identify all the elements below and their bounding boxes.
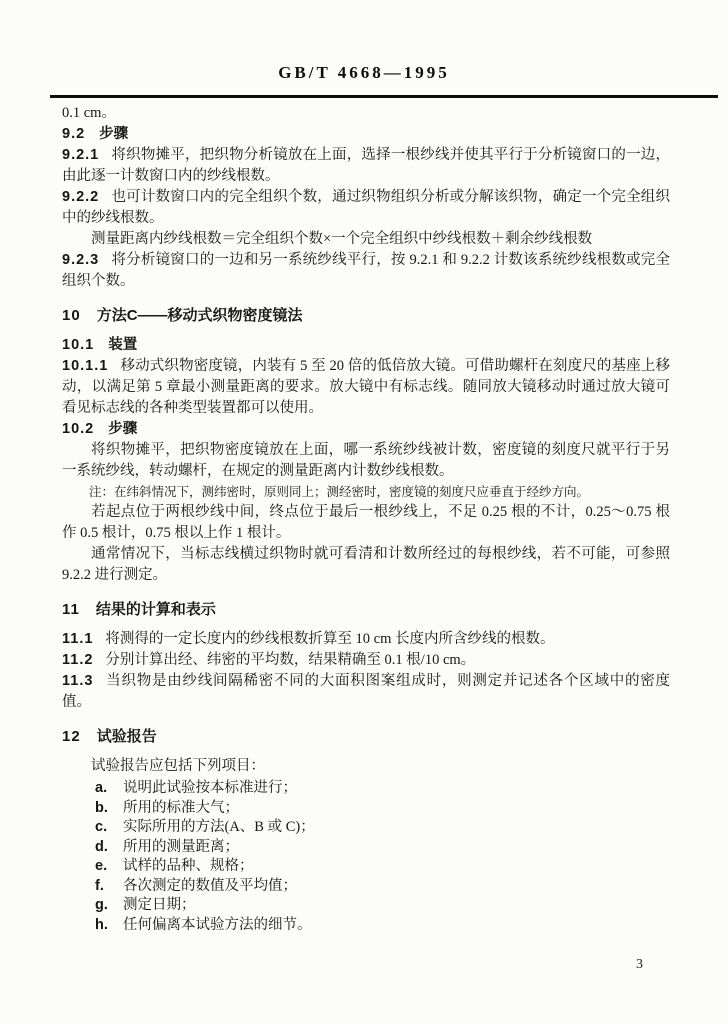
clause-11-2: 11.2分别计算出经、纬密的平均数，结果精确至 0.1 根/10 cm。 [62, 650, 670, 671]
clause-text: 将分析镜窗口的一边和另一系统纱线平行，按 9.2.1 和 9.2.2 计数该系统… [62, 252, 670, 289]
clause-10-1-heading: 10.1装置 [62, 335, 670, 356]
clause-9-2-2: 9.2.2也可计数窗口内的完全组织个数，通过织物组织分析或分解该织物，确定一个完… [62, 187, 670, 229]
report-item-a: a.说明此试验按本标准进行； [62, 779, 670, 799]
report-intro: 试验报告应包括下列项目： [62, 756, 670, 777]
report-items-list: 试验报告应包括下列项目： a.说明此试验按本标准进行； b.所用的标准大气； c… [62, 756, 670, 935]
clause-text: 移动式织物密度镜，内装有 5 至 20 倍的低倍放大镜。可借助螺杆在刻度尺的基座… [62, 358, 670, 416]
clause-text: 分别计算出经、纬密的平均数，结果精确至 0.1 根/10 cm。 [105, 652, 475, 668]
clause-title: 步骤 [99, 126, 128, 142]
clause-title: 步骤 [108, 421, 137, 437]
page-number: 3 [636, 957, 643, 973]
clause-9-2-3: 9.2.3将分析镜窗口的一边和另一系统纱线平行，按 9.2.1 和 9.2.2 … [62, 250, 670, 292]
clause-number: 9.2.2 [62, 189, 99, 205]
item-letter: e. [95, 857, 123, 877]
item-letter: d. [95, 838, 123, 858]
clause-10-2-para-2: 若起点位于两根纱线中间，终点位于最后一根纱线上，不足 0.25 根的不计，0.2… [62, 502, 670, 544]
header-rule [50, 95, 718, 98]
clause-number: 9.2.3 [62, 252, 99, 268]
clause-number: 9.2.1 [62, 147, 99, 163]
section-title: 结果的计算和表示 [96, 601, 216, 618]
clause-number: 11.3 [62, 673, 93, 689]
document-page: GB/T 4668—1995 0.1 cm。 9.2步骤 9.2.1将织物摊平，… [0, 0, 728, 1024]
item-text: 试样的品种、规格； [123, 857, 254, 877]
clause-number: 10.1.1 [62, 358, 108, 374]
item-text: 各次测定的数值及平均值； [123, 877, 297, 897]
item-text: 所用的标准大气； [123, 799, 239, 819]
clause-number: 11.2 [62, 652, 93, 668]
report-item-b: b.所用的标准大气； [62, 799, 670, 819]
report-item-c: c.实际所用的方法(A、B 或 C)； [62, 818, 670, 838]
clause-11-3: 11.3当织物是由纱线间隔稀密不同的大面积图案组成时，则测定并记述各个区域中的密… [62, 671, 670, 713]
item-letter: h. [95, 916, 123, 936]
section-10-heading: 10方法C——移动式织物密度镜法 [62, 305, 670, 326]
section-12-heading: 12试验报告 [62, 726, 670, 747]
item-letter: c. [95, 818, 123, 838]
report-item-f: f.各次测定的数值及平均值； [62, 877, 670, 897]
report-item-g: g.测定日期； [62, 896, 670, 916]
item-letter: g. [95, 896, 123, 916]
clause-11-1: 11.1将测得的一定长度内的纱线根数折算至 10 cm 长度内所含纱线的根数。 [62, 629, 670, 650]
item-letter: f. [95, 877, 123, 897]
section-number: 10 [62, 307, 81, 324]
item-text: 所用的测量距离； [123, 838, 239, 858]
clause-10-2-note: 注：在纬斜情况下，测纬密时，原则同上；测经密时，密度镜的刻度尺应垂直于经纱方向。 [62, 482, 670, 502]
clause-10-2-para-3: 通常情况下，当标志线横过织物时就可看清和计数所经过的每根纱线，若不可能，可参照 … [62, 544, 670, 586]
item-letter: a. [95, 779, 123, 799]
section-number: 11 [62, 601, 80, 618]
item-letter: b. [95, 799, 123, 819]
clause-number: 10.2 [62, 421, 94, 437]
clause-9-2-1: 9.2.1将织物摊平，把织物分析镜放在上面，选择一根纱线并使其平行于分析镜窗口的… [62, 145, 670, 187]
density-formula: 测量距离内纱线根数＝完全组织个数×一个完全组织中纱线根数＋剩余纱线根数 [62, 229, 670, 250]
section-title: 试验报告 [97, 728, 157, 745]
clause-title: 装置 [108, 337, 137, 353]
clause-number: 11.1 [62, 631, 93, 647]
clause-number: 9.2 [62, 126, 85, 142]
report-item-h: h.任何偏离本试验方法的细节。 [62, 916, 670, 936]
clause-10-1-1: 10.1.1移动式织物密度镜，内装有 5 至 20 倍的低倍放大镜。可借助螺杆在… [62, 356, 670, 419]
item-text: 测定日期； [123, 896, 196, 916]
clause-text: 将织物摊平，把织物分析镜放在上面，选择一根纱线并使其平行于分析镜窗口的一边，由此… [62, 147, 670, 184]
clause-10-2-heading: 10.2步骤 [62, 419, 670, 440]
report-item-d: d.所用的测量距离； [62, 838, 670, 858]
carryover-text: 0.1 cm。 [62, 103, 670, 124]
item-text: 说明此试验按本标准进行； [123, 779, 297, 799]
doc-code-header: GB/T 4668—1995 [0, 63, 728, 83]
item-text: 任何偏离本试验方法的细节。 [123, 916, 312, 936]
clause-text: 当织物是由纱线间隔稀密不同的大面积图案组成时，则测定并记述各个区域中的密度值。 [62, 673, 670, 710]
item-text: 实际所用的方法(A、B 或 C)； [123, 818, 315, 838]
section-11-heading: 11结果的计算和表示 [62, 599, 670, 620]
clause-10-2-para-1: 将织物摊平，把织物密度镜放在上面，哪一系统纱线被计数，密度镜的刻度尺就平行于另一… [62, 440, 670, 482]
section-number: 12 [62, 728, 81, 745]
clause-9-2-heading: 9.2步骤 [62, 124, 670, 145]
clause-text: 将测得的一定长度内的纱线根数折算至 10 cm 长度内所含纱线的根数。 [105, 631, 554, 647]
page-content: 0.1 cm。 9.2步骤 9.2.1将织物摊平，把织物分析镜放在上面，选择一根… [62, 103, 670, 935]
clause-text: 也可计数窗口内的完全组织个数，通过织物组织分析或分解该织物，确定一个完全组织中的… [62, 189, 670, 226]
report-item-e: e.试样的品种、规格； [62, 857, 670, 877]
clause-number: 10.1 [62, 337, 94, 353]
section-title: 方法C——移动式织物密度镜法 [97, 307, 303, 324]
